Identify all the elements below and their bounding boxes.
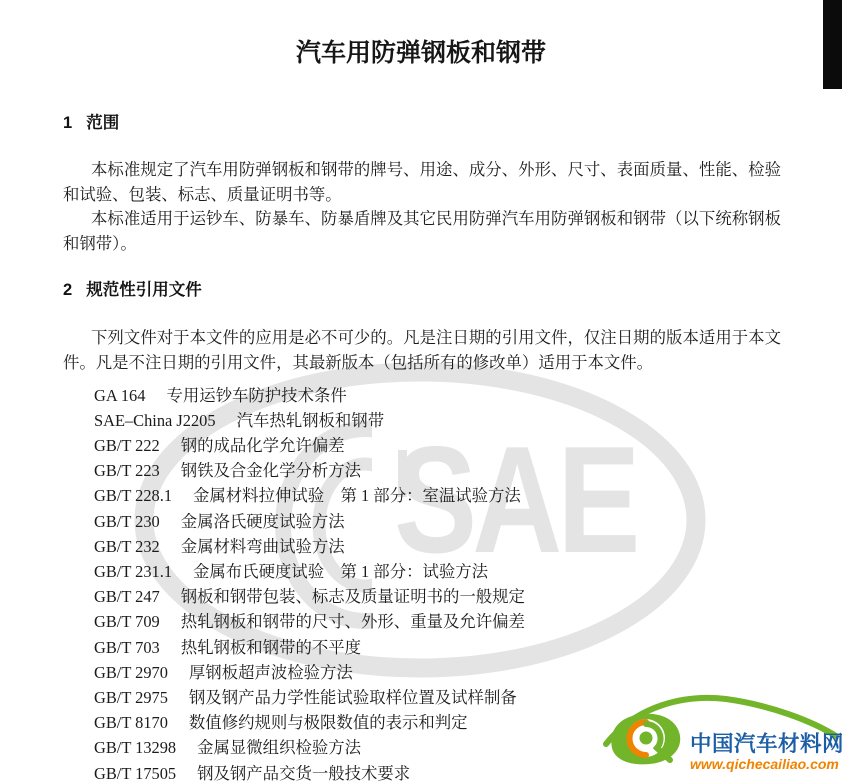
reference-code: SAE–China J2205	[94, 411, 216, 430]
reference-title: 金属布氏硬度试验 第 1 部分：试验方法	[193, 562, 488, 581]
reference-item: GB/T 2970厚钢板超声波检验方法	[94, 660, 781, 685]
document-body: 1范围 本标准规定了汽车用防弹钢板和钢带的牌号、用途、成分、外形、尺寸、表面质量…	[63, 0, 781, 781]
scope-paragraph-2: 本标准适用于运钞车、防暴车、防暴盾牌及其它民用防弹汽车用防弹钢板和钢带（以下统称…	[63, 207, 781, 256]
reference-title: 厚钢板超声波检验方法	[189, 663, 353, 682]
reference-item: GA 164专用运钞车防护技术条件	[94, 383, 781, 408]
reference-title: 钢的成品化学允许偏差	[181, 436, 345, 455]
reference-title: 数值修约规则与极限数值的表示和判定	[189, 713, 468, 732]
reference-item: SAE–China J2205汽车热轧钢板和钢带	[94, 408, 781, 433]
reference-title: 热轧钢板和钢带的尺寸、外形、重量及允许偏差	[181, 612, 525, 631]
section-2-title: 规范性引用文件	[86, 281, 202, 299]
site-name: 中国汽车材料网	[690, 732, 842, 756]
reference-code: GB/T 17505	[94, 764, 176, 781]
reference-title: 金属材料弯曲试验方法	[181, 537, 345, 556]
logo-text-block: 中国汽车材料网 www.qichecailiao.com	[690, 732, 842, 772]
reference-code: GB/T 703	[94, 638, 160, 657]
reference-title: 专用运钞车防护技术条件	[166, 386, 346, 405]
reference-code: GA 164	[94, 386, 145, 405]
reference-code: GB/T 223	[94, 461, 160, 480]
section-1-number: 1	[63, 113, 72, 133]
reference-code: GB/T 709	[94, 612, 160, 631]
reference-title: 钢及钢产品力学性能试验取样位置及试样制备	[189, 688, 517, 707]
reference-item: GB/T 232金属材料弯曲试验方法	[94, 534, 781, 559]
reference-title: 热轧钢板和钢带的不平度	[181, 638, 361, 657]
reference-item: GB/T 231.1金属布氏硬度试验 第 1 部分：试验方法	[94, 559, 781, 584]
reference-code: GB/T 228.1	[94, 486, 172, 505]
references-intro-paragraph: 下列文件对于本文件的应用是必不可少的。凡是注日期的引用文件，仅注日期的版本适用于…	[63, 326, 781, 375]
reference-code: GB/T 2970	[94, 663, 168, 682]
scope-paragraph-1: 本标准规定了汽车用防弹钢板和钢带的牌号、用途、成分、外形、尺寸、表面质量、性能、…	[63, 158, 781, 207]
reference-item: GB/T 223钢铁及合金化学分析方法	[94, 458, 781, 483]
reference-item: GB/T 228.1金属材料拉伸试验 第 1 部分：室温试验方法	[94, 483, 781, 508]
section-1-title: 范围	[86, 114, 119, 132]
reference-item: GB/T 703热轧钢板和钢带的不平度	[94, 635, 781, 660]
reference-code: GB/T 2975	[94, 688, 168, 707]
reference-item: GB/T 222钢的成品化学允许偏差	[94, 433, 781, 458]
reference-code: GB/T 230	[94, 512, 160, 531]
section-2-heading: 2规范性引用文件	[63, 280, 781, 300]
section-2-number: 2	[63, 280, 72, 300]
reference-title: 汽车热轧钢板和钢带	[237, 411, 385, 430]
reference-item: GB/T 230金属洛氏硬度试验方法	[94, 509, 781, 534]
reference-title: 钢及钢产品交货一般技术要求	[197, 764, 410, 781]
reference-code: GB/T 8170	[94, 713, 168, 732]
section-1-heading: 1范围	[63, 113, 781, 133]
reference-title: 金属材料拉伸试验 第 1 部分：室温试验方法	[193, 486, 521, 505]
reference-code: GB/T 232	[94, 537, 160, 556]
reference-code: GB/T 231.1	[94, 562, 172, 581]
reference-title: 钢板和钢带包装、标志及质量证明书的一般规定	[181, 587, 525, 606]
reference-title: 金属显微组织检验方法	[197, 738, 361, 757]
reference-title: 金属洛氏硬度试验方法	[181, 512, 345, 531]
document-page: SAE 汽车用防弹钢板和钢带 1范围 本标准规定了汽车用防弹钢板和钢带的牌号、用…	[0, 0, 842, 781]
reference-title: 钢铁及合金化学分析方法	[181, 461, 361, 480]
reference-code: GB/T 222	[94, 436, 160, 455]
scan-artifact-bar	[823, 0, 842, 89]
reference-item: GB/T 247钢板和钢带包装、标志及质量证明书的一般规定	[94, 584, 781, 609]
reference-code: GB/T 13298	[94, 738, 176, 757]
qichecailiao-logo: 中国汽车材料网 www.qichecailiao.com	[598, 686, 842, 781]
reference-code: GB/T 247	[94, 587, 160, 606]
reference-item: GB/T 709热轧钢板和钢带的尺寸、外形、重量及允许偏差	[94, 609, 781, 634]
site-url: www.qichecailiao.com	[690, 756, 842, 772]
